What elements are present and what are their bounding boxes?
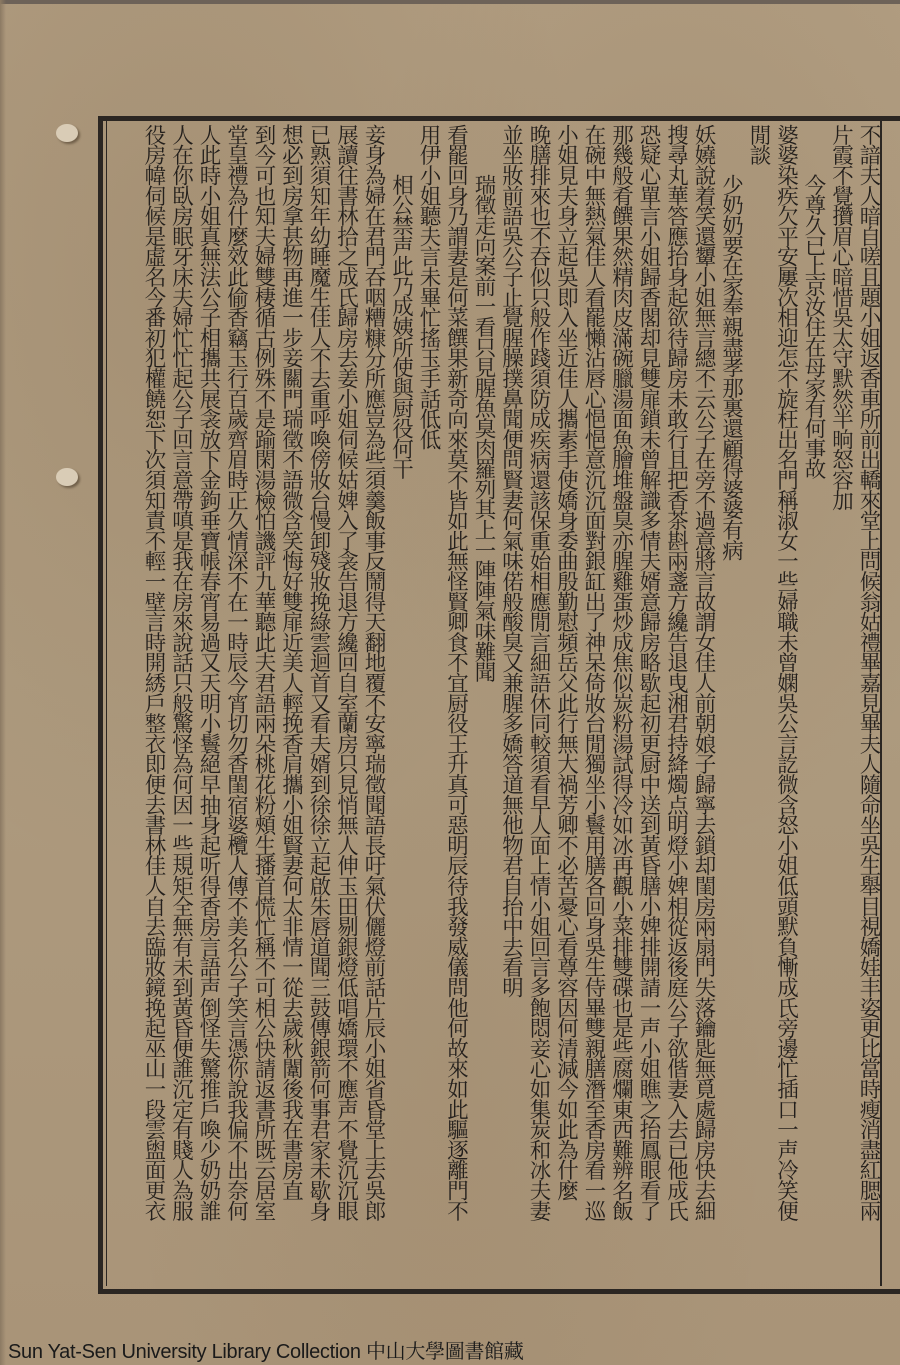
text-column: 閒談 — [745, 124, 773, 1284]
text-column: 搜尋丸華答應抬身起欲待歸房未敢行且把香茶斟兩盞方纔告退曳湘君持絳燭点明燈小婢相從… — [662, 124, 690, 1284]
text-column: 那幾般肴饌果然精肉皮滿碗臘湯面魚膾堆盤臭亦腥雞蛋炒成焦似炭粉湯試得冷如冰再觀小菜… — [607, 124, 635, 1284]
text-column: 人在你臥房眠牙床夫婦忙忙起公子回言意帶嗔是我在房來說話只般驚怪為何因一些規矩全無… — [167, 124, 195, 1284]
text-column: 瑞徵走向案前一看只見腥魚臭肉羅列其上一陣陣氣味難聞 — [470, 124, 498, 1334]
text-column: 小姐見夫身立起吳即入坐近佳人攜素手使嬌身委曲殷勤慰頻岳父此行無大禍芳卿不必苦憂心… — [552, 124, 580, 1284]
text-column: 今尊久已上京汝住在母家有何事故 — [800, 124, 828, 1334]
binding-hole-bottom — [56, 468, 78, 486]
text-column: 不諳夫人暗自嗟且題小姐返香車所前出轎來堂上問候翁姑禮畢嘉見畢夫人隨命坐吳生舉目視… — [855, 124, 883, 1284]
library-caption: Sun Yat-Sen University Library Collectio… — [8, 1335, 524, 1364]
text-column: 展讀往書林拾之成氏歸房去姜小姐伺候姑婢入了衾告退方纔回自室蘭房只見悄無人伸玉田剔… — [332, 124, 360, 1284]
text-column: 並坐妝前語吳公子止覺腥臊撲鼻聞便問賢妻何氣味偌般酸臭又兼腥多嬌答道無他物君自抬中… — [497, 124, 525, 1284]
text-column: 用伊小姐聽夫言未畢忙搖玉手話低低 — [415, 124, 443, 1284]
text-column: 相公禁声此乃成姨所使與厨役何干 — [387, 124, 415, 1334]
text-columns: 不諳夫人暗自嗟且題小姐返香車所前出轎來堂上問候翁姑禮畢嘉見畢夫人隨命坐吳生舉目視… — [112, 124, 882, 1284]
page-left-edge — [0, 0, 6, 1365]
text-column: 片霞不覺攢眉心暗惜吳太守默然半晌怒容加 — [827, 124, 855, 1284]
text-column: 已熟須知年幼睡魔生佳人不去重呼喚傍妝台慢卸殘妝挽綠雲迴首又看夫婿到徐徐立起啟朱唇… — [305, 124, 333, 1284]
text-column: 想必到房拿甚物再進一步妾關門瑞徵不語微含笑悔好雙扉近美人輕挽香肩攜小姐賢妻何太非… — [277, 124, 305, 1284]
text-column: 少奶奶要在家奉親盡孝那裏還顧得婆婆有病 — [717, 124, 745, 1334]
text-column: 恐疑心單言小姐歸香閣却見雙扉鎖未曾解識多情夫婿意歸房略歇起初更厨中送到黃昏膳小婢… — [635, 124, 663, 1284]
text-column: 堂皇禮為什麼效此偷香竊玉行百歲齊眉時正久情深不在一時辰今宵切勿香閨宿婆欖人傳不美… — [222, 124, 250, 1284]
page-top-edge — [0, 0, 900, 4]
text-column: 看罷回身乃謂妻是何菜饌果新奇向來莫不皆如此無怪賢卿食不宜厨役王升真可惡明辰待我發… — [442, 124, 470, 1284]
text-column: 在碗中無熱氣佳人看罷懶沾唇心悒悒意沉沉面對銀缸出了神呆倚妝台閒獨坐小鬟用膳各回身… — [580, 124, 608, 1284]
text-column: 到今可也知夫婦雙棲循古例殊不是踰閑湯檢怕譏評九華聽此夫君語兩朵桃花粉頰生播首慌忙… — [250, 124, 278, 1284]
text-column: 婆婆染疾欠平安屢次相迎怎不旋枉出名門稱淑女一些婦職未曾嫻吳公言訖微含怒小姐低頭默… — [772, 124, 800, 1284]
binding-hole-top — [56, 124, 78, 142]
scanned-page: 不諳夫人暗自嗟且題小姐返香車所前出轎來堂上問候翁姑禮畢嘉見畢夫人隨命坐吳生舉目視… — [0, 0, 900, 1365]
text-column: 妖嬈說着笑還顰小姐無言總不云公子在旁不過意將言故謂女佳人前朝娘子歸寧去鎖却閨房兩… — [690, 124, 718, 1284]
text-column: 役房幃伺候是虛名今番初犯權饒恕下次須知責不輕一壁言時開綉戶整衣即便去書林佳人自去… — [140, 124, 168, 1284]
text-column: 妾身為婦在君門吞咽糟糠分所應豈為些須羹飯事反鬧得天翻地覆不安寧瑞徵聞語長吁氣伏儷… — [360, 124, 388, 1284]
text-column: 人此時小姐真無法公子相攜共展衾放下金鉤垂寶帳春宵易過又天明小鬟絕早抽身起听得香房… — [195, 124, 223, 1284]
text-column: 晚膳排來也不吞似只般作踐須防成疾病還該保重始相應閒言細語休同較須看早人面上情小姐… — [525, 124, 553, 1284]
